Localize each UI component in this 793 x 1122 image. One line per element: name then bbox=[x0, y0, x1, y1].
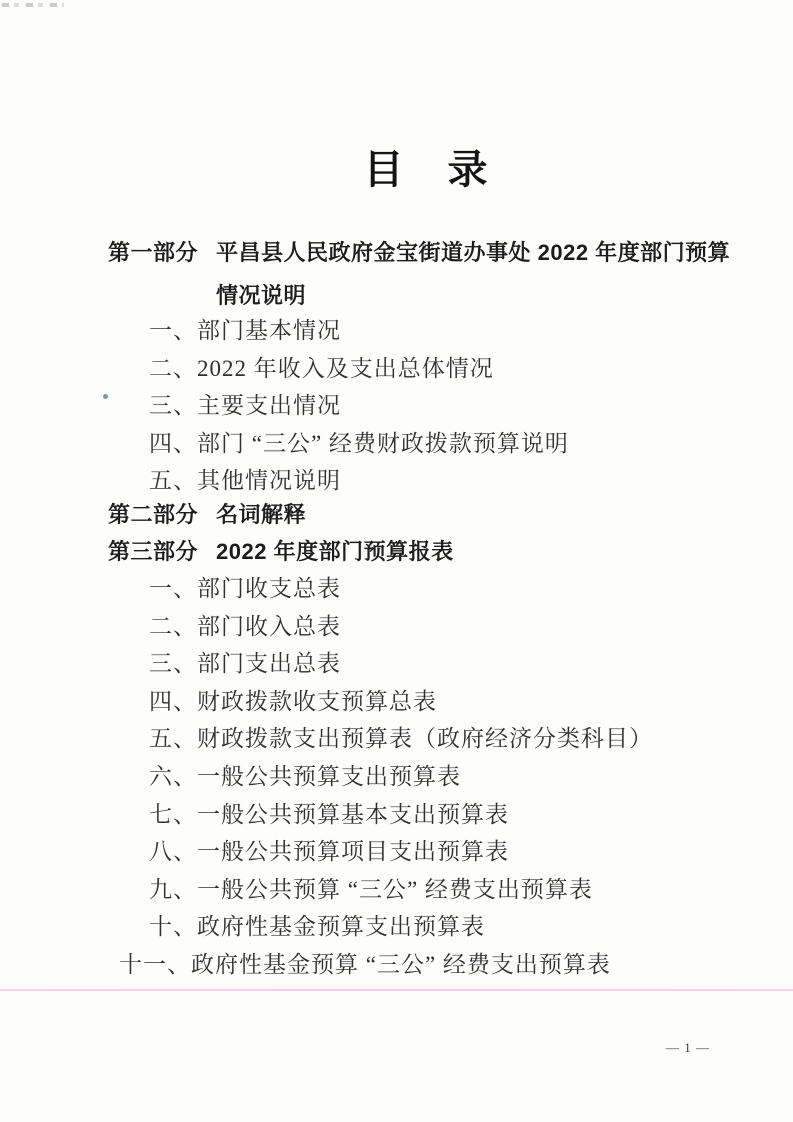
toc-part3-items: 一、部门收支总表 二、部门收入总表 三、部门支出总表 四、财政拨款收支预算总表 … bbox=[149, 570, 653, 984]
part2-title: 名词解释 bbox=[216, 502, 306, 527]
toc-item: 十一、政府性基金预算 “三公” 经费支出预算表 bbox=[119, 946, 653, 984]
toc-item: 八、一般公共预算项目支出预算表 bbox=[149, 833, 653, 871]
toc-part2-heading: 第二部分名词解释 bbox=[108, 498, 306, 529]
ink-speck-artifact bbox=[103, 394, 108, 399]
toc-item: 三、部门支出总表 bbox=[149, 645, 653, 683]
page-number: — 1 — bbox=[648, 1040, 728, 1056]
toc-item: 五、财政拨款支出预算表（政府经济分类科目） bbox=[149, 720, 653, 758]
part2-label: 第二部分 bbox=[108, 502, 198, 527]
toc-item: 二、部门收入总表 bbox=[149, 608, 653, 646]
scan-smudge-artifact bbox=[2, 3, 64, 7]
toc-item: 七、一般公共预算基本支出预算表 bbox=[149, 796, 653, 834]
part1-label: 第一部分 bbox=[108, 240, 198, 265]
toc-item: 十、政府性基金预算支出预算表 bbox=[149, 908, 653, 946]
part3-title: 2022 年度部门预算报表 bbox=[216, 539, 454, 564]
scanned-document-page: 目 录 第一部分平昌县人民政府金宝街道办事处 2022 年度部门预算 情况说明 … bbox=[0, 0, 793, 1122]
toc-part1-heading-line2: 情况说明 bbox=[216, 279, 306, 310]
toc-part1-items: 一、部门基本情况 二、2022 年收入及支出总体情况 三、主要支出情况 四、部门… bbox=[149, 312, 569, 500]
toc-item: 一、部门基本情况 bbox=[149, 312, 569, 350]
toc-part1-heading: 第一部分平昌县人民政府金宝街道办事处 2022 年度部门预算 bbox=[108, 236, 730, 267]
toc-item: 九、一般公共预算 “三公” 经费支出预算表 bbox=[149, 871, 653, 909]
toc-item: 二、2022 年收入及支出总体情况 bbox=[149, 350, 569, 388]
part1-title-line1: 平昌县人民政府金宝街道办事处 2022 年度部门预算 bbox=[216, 240, 730, 265]
toc-item: 五、其他情况说明 bbox=[149, 462, 569, 500]
toc-item: 四、部门 “三公” 经费财政拨款预算说明 bbox=[149, 425, 569, 463]
toc-item: 三、主要支出情况 bbox=[149, 387, 569, 425]
toc-part3-heading: 第三部分2022 年度部门预算报表 bbox=[108, 535, 454, 566]
scanner-line-artifact bbox=[0, 989, 793, 991]
toc-item: 六、一般公共预算支出预算表 bbox=[149, 758, 653, 796]
page-title: 目 录 bbox=[30, 138, 793, 195]
toc-item: 四、财政拨款收支预算总表 bbox=[149, 683, 653, 721]
part3-label: 第三部分 bbox=[108, 539, 198, 564]
toc-item: 一、部门收支总表 bbox=[149, 570, 653, 608]
